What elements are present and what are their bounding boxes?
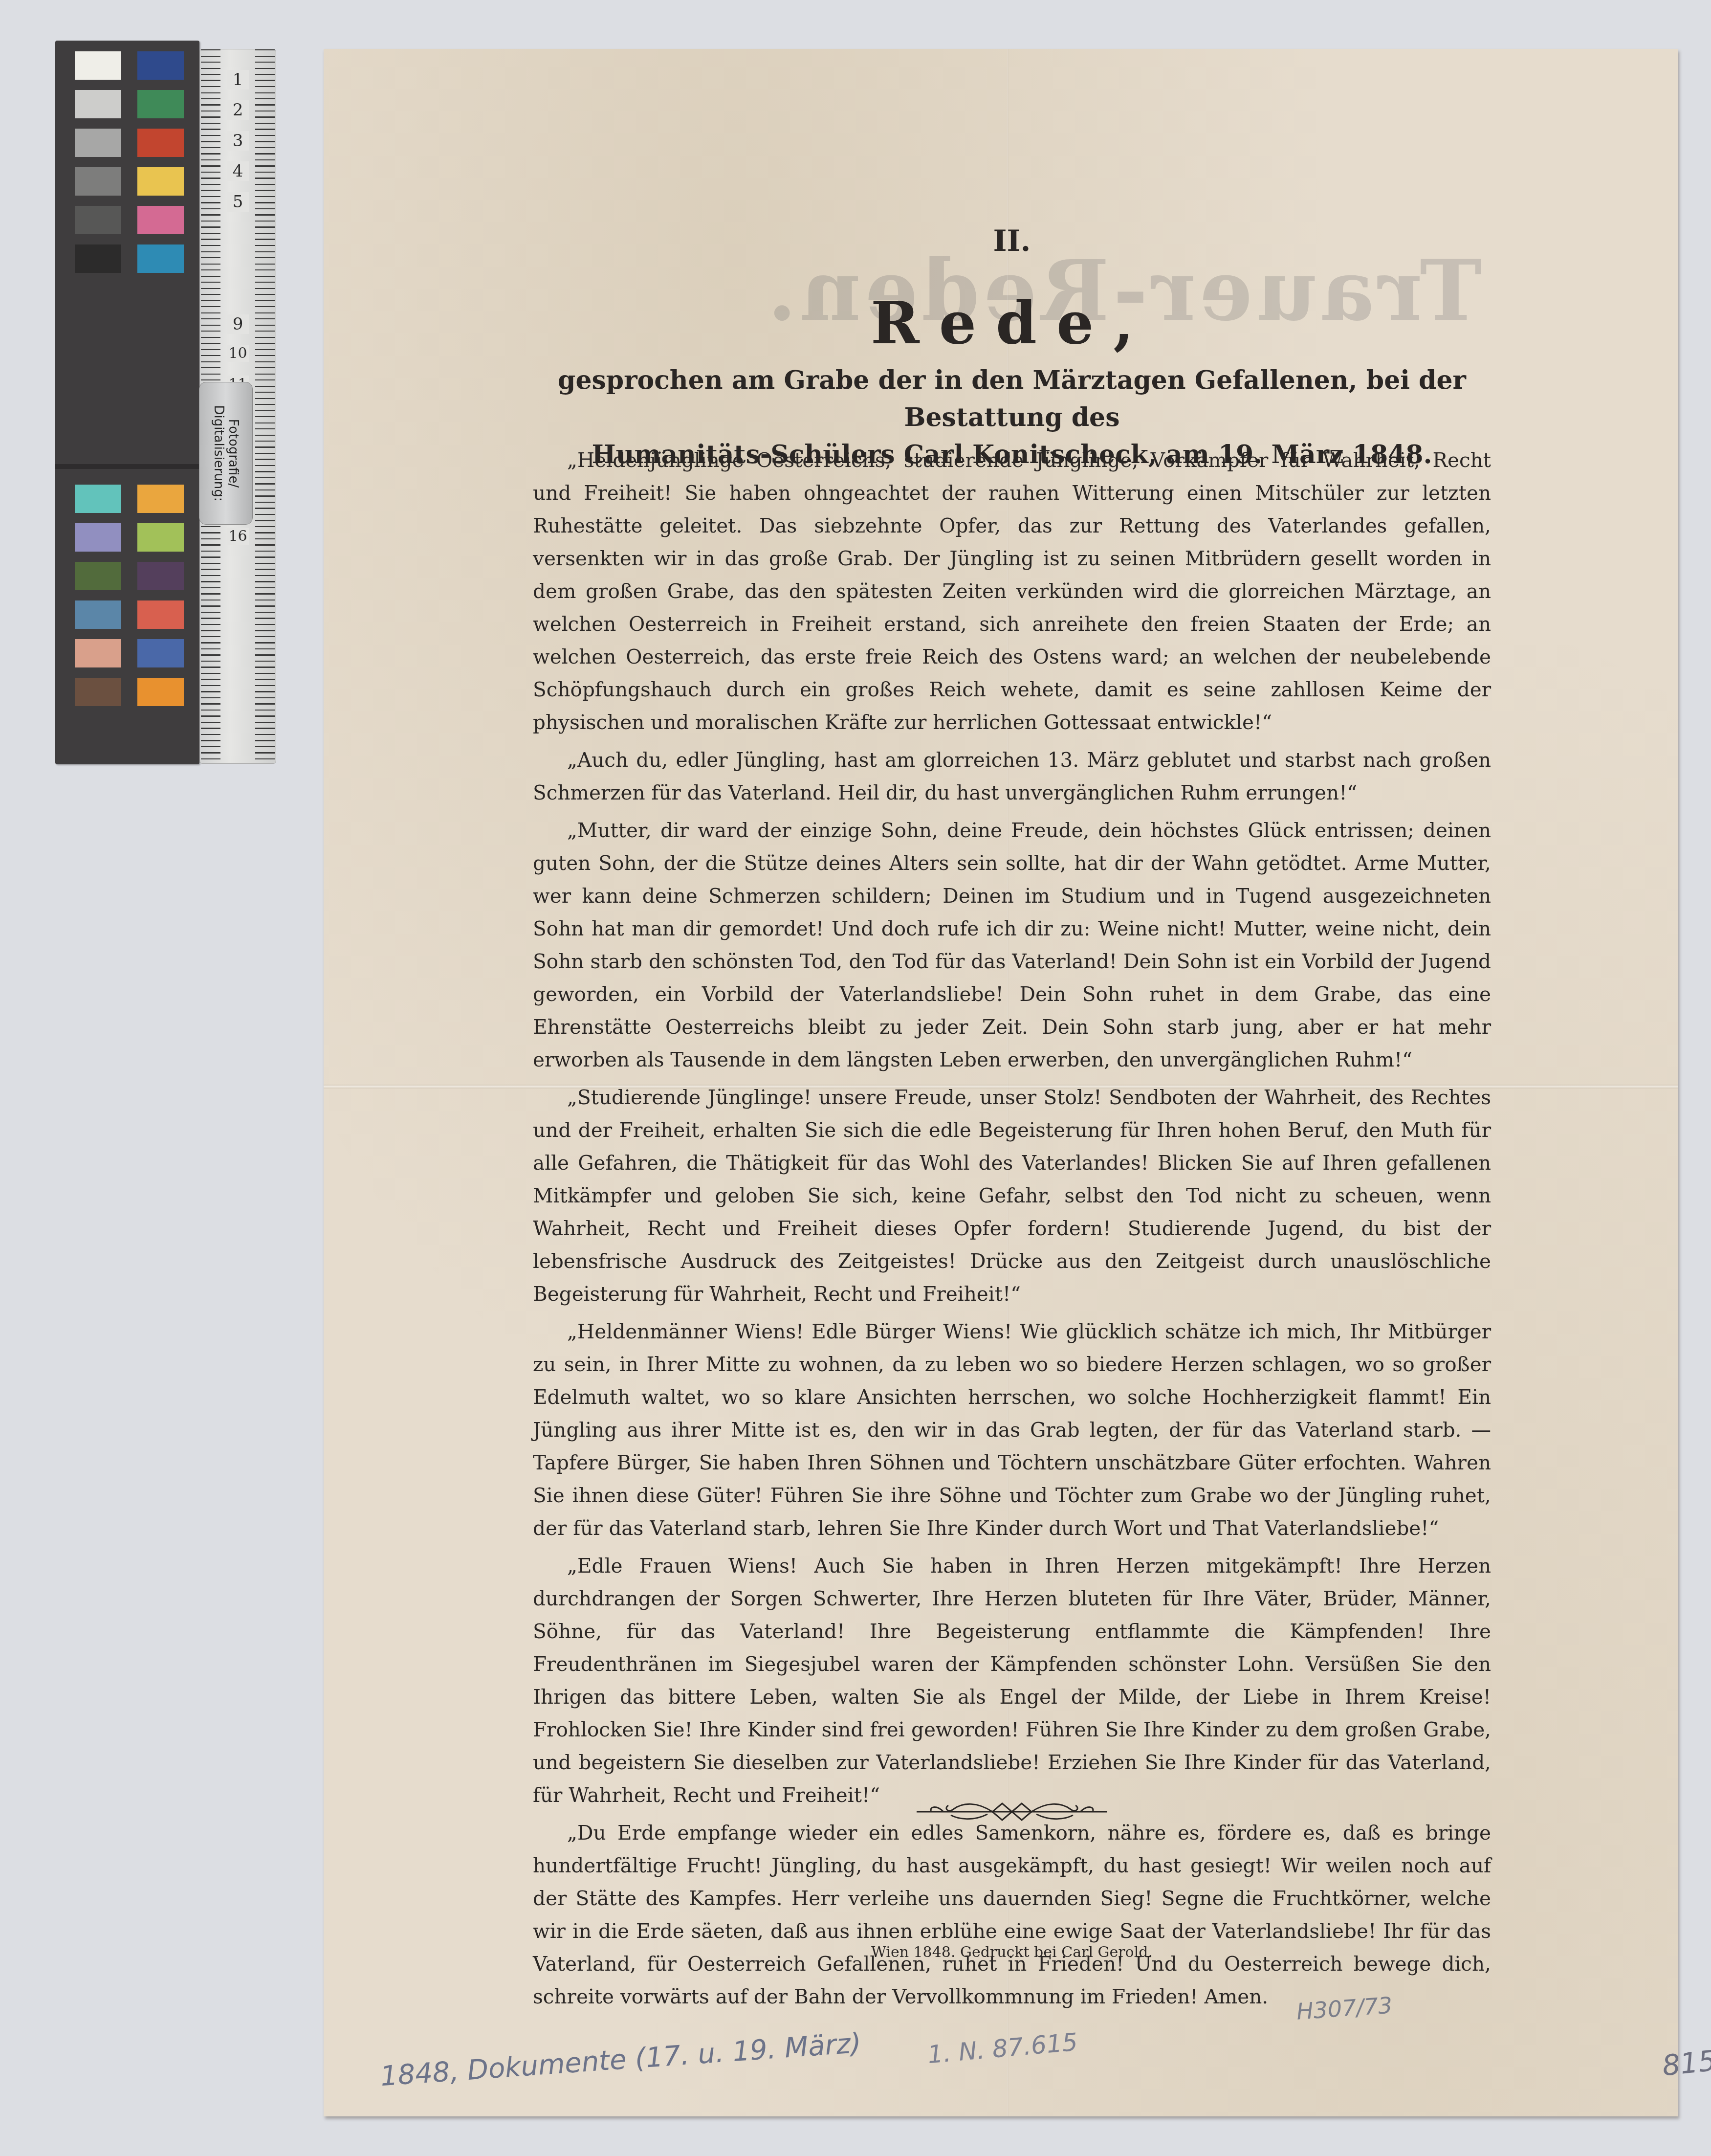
ruler-number: 1 [227, 70, 249, 89]
color-swatch-skin [75, 639, 121, 667]
ornament-flourish-icon [533, 1800, 1491, 1826]
printer-imprint: Wien 1848. Gedruckt bei Carl Gerold. [533, 1944, 1491, 1961]
color-swatch-dark-grey [75, 206, 121, 234]
swatch-grid-lower [75, 485, 184, 706]
color-swatch-brown [75, 678, 121, 706]
color-swatch-lavender [75, 523, 121, 552]
inventory-number-annotation: 1. N. 87.615 [926, 2028, 1079, 2069]
color-swatch-mid-grey [75, 129, 121, 157]
paragraph: „Edle Frauen Wiens! Auch Sie haben in Ih… [533, 1550, 1491, 1812]
folio-annotation: 815 [1661, 2044, 1711, 2082]
digitization-label-text: Fotografie/ Digitalisierung: [211, 405, 241, 501]
color-swatch-green [137, 90, 184, 118]
color-swatch-purple [137, 562, 184, 590]
color-swatch-steel-blue [75, 600, 121, 629]
ruler-ticks-right [255, 49, 275, 763]
color-swatch-olive-green [75, 562, 121, 590]
paragraph: „Du Erde empfange wieder ein edles Samen… [533, 1817, 1491, 2013]
color-swatch-cyan [137, 244, 184, 273]
color-swatch-yellow-green [137, 523, 184, 552]
ruler-number: 9 [227, 314, 249, 334]
paragraph: „Mutter, dir ward der einzige Sohn, dein… [533, 814, 1491, 1076]
color-swatch-yellow [137, 167, 184, 196]
document-sheet: Trauer-Reden. II. Rede, gesprochen am Gr… [324, 49, 1678, 2116]
document-title: Rede, [533, 289, 1491, 357]
color-swatch-salmon [137, 600, 184, 629]
color-swatch-red [137, 129, 184, 157]
ruler-number: 16 [227, 528, 249, 545]
paragraph: „Heldenjünglinge Oesterreichs, studieren… [533, 444, 1491, 739]
color-swatch-magenta [137, 206, 184, 234]
subtitle-line-1: gesprochen am Grabe der in den Märztagen… [533, 362, 1491, 436]
color-swatch-orange-yellow [137, 485, 184, 513]
paragraph: „Auch du, edler Jüngling, hast am glorre… [533, 744, 1491, 809]
swatch-grid-upper [75, 51, 184, 273]
paragraph: „Studierende Jünglinge! unsere Freude, u… [533, 1081, 1491, 1311]
ruler-number: 3 [227, 131, 249, 151]
subject-annotation: 1848, Dokumente (17. u. 19. März) [379, 2027, 862, 2093]
ruler-number: 10 [227, 345, 249, 362]
section-numeral: II. [533, 224, 1491, 258]
measuring-ruler: 12345910111213141516 Fotografie/ Digital… [199, 49, 276, 764]
ruler-number: 4 [227, 161, 249, 181]
color-swatch-blue [137, 51, 184, 80]
ruler-number: 5 [227, 192, 249, 212]
color-swatch-white [75, 51, 121, 80]
color-swatch-light-grey [75, 90, 121, 118]
speech-body: „Heldenjünglinge Oesterreichs, studieren… [533, 444, 1491, 2018]
color-swatch-orange [137, 678, 184, 706]
paragraph: „Heldenmänner Wiens! Edle Bürger Wiens! … [533, 1315, 1491, 1545]
color-swatch-turquoise [75, 485, 121, 513]
digitization-label: Fotografie/ Digitalisierung: [199, 382, 253, 525]
color-swatch-black [75, 244, 121, 273]
ruler-number: 2 [227, 100, 249, 120]
color-swatch-grey [75, 167, 121, 196]
color-swatch-royal-blue [137, 639, 184, 667]
color-calibration-target [55, 41, 199, 764]
target-divider [55, 464, 199, 469]
